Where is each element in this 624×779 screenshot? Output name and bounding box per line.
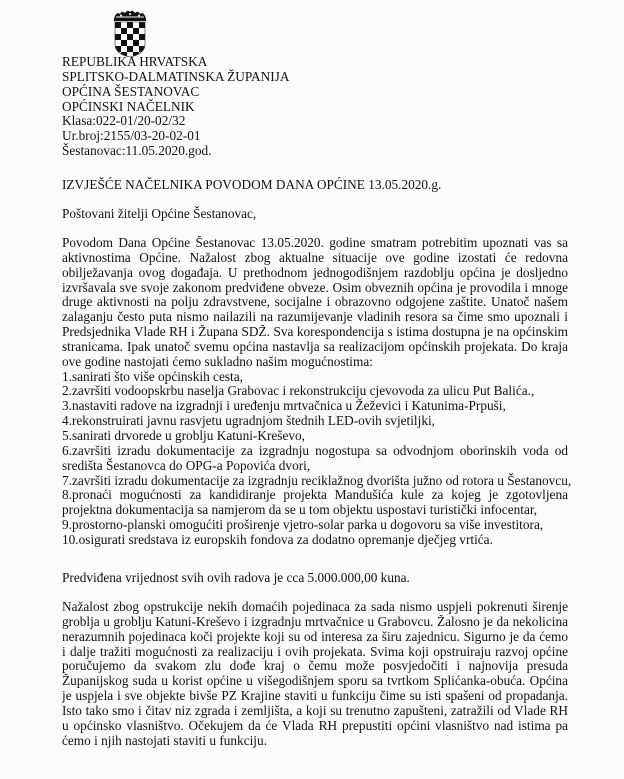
paragraph-line: Povodom Dana Općine Šestanovac 13.05.202… [62,236,568,251]
project-list-item: 9.prostorno-planski omogućiti proširenje… [62,518,568,533]
paragraph-line: Isto tako smo i čitav niz zgrada i zemlj… [62,704,568,719]
croatian-coat-of-arms-icon [112,8,148,58]
paragraph-obstruction: Nažalost zbog opstrukcije nekih domaćih … [62,600,568,748]
project-list-item: 1.sanirati što više općinskih cesta, [62,370,568,385]
letterhead-line: OPĆINSKI NAČELNIK [62,100,568,115]
estimate-paragraph: Predviđena vrijednost svih ovih radova j… [62,571,568,586]
letterhead: REPUBLIKA HRVATSKASPLITSKO-DALMATINSKA Ž… [62,55,568,159]
project-list-item: 7.završiti izradu dokumentacije za izgra… [62,474,568,489]
paragraph-line: druge aktivnosti na polju zdravstvene, s… [62,295,568,310]
paragraph-line: aktivnostima Općine. Nažalost zbog aktua… [62,251,568,266]
letterhead-line: REPUBLIKA HRVATSKA [62,55,568,70]
paragraph-line: obilježavanja ovog događaja. U prethodno… [62,266,568,281]
paragraph-line: u općinsko vlasništvo. Očekujem da će Vl… [62,719,568,734]
paragraph-line: groblja u groblju Katuni-Kreševo i izgra… [62,615,568,630]
project-list-item: 2.završiti vodoopskrbu naselja Grabovac … [62,384,568,399]
paragraph-line: poručujemo da svakom zlu dođe kraj o čem… [62,659,568,674]
letterhead-line: Šestanovac:11.05.2020.god. [62,144,568,159]
paragraph-line: Županijskog suda u korist općine u višeg… [62,674,568,689]
project-list-item: 3.nastaviti radove na izgradnji i uređen… [62,399,568,414]
paragraph-line: ove godine nastojati ćemo sukladno našim… [62,355,568,370]
paragraph-line: je uspjela i sve objekte bivše PZ Krajin… [62,689,568,704]
letterhead-line: SPLITSKO-DALMATINSKA ŽUPANIJA [62,70,568,85]
paragraph-line: stranicama. Ipak unatoč svemu općina nas… [62,340,568,355]
document-title: IZVJEŠĆE NAČELNIKA POVODOM DANA OPĆINE 1… [62,178,568,193]
project-list-item: 6.završiti izradu dokumentacije za izgra… [62,444,568,459]
paragraph-line: nerazumnih pojedinaca koči projekte koji… [62,630,568,645]
project-list-item: središta Šestanovca do OPG-a Popovića dv… [62,459,568,474]
paragraph-line: izvršavala sve svoje zakonom predviđene … [62,281,568,296]
paragraph-line: i dalje tražiti mogućnosti za realizacij… [62,645,568,660]
paragraph-intro: Povodom Dana Općine Šestanovac 13.05.202… [62,236,568,548]
letterhead-line: Klasa:022-01/20-02/32 [62,114,568,129]
paragraph-line: zalaganju često puta nismo nailazili na … [62,310,568,325]
letterhead-line: Ur.broj:2155/03-20-02-01 [62,129,568,144]
project-list-item: 5.sanirati drvorede u groblju Katuni-Kre… [62,429,568,444]
paragraph-line: ćemo i njih nastojati staviti u funkciju… [62,734,568,749]
project-list-item: 10.osigurati sredstava iz europskih fond… [62,533,568,548]
title-text: IZVJEŠĆE NAČELNIKA POVODOM DANA OPĆINE 1… [62,178,568,193]
greeting-text: Poštovani žitelji Općine Šestanovac, [62,207,568,222]
paragraph-line: Predsjednika Vlade RH i Župana SDŽ. Sva … [62,325,568,340]
project-list-item: 8.pronaći mogućnosti za kandidiranje pro… [62,488,568,503]
project-list-item: projektna dokumentacija sa namjerom da s… [62,503,568,518]
document-page: REPUBLIKA HRVATSKASPLITSKO-DALMATINSKA Ž… [0,0,624,779]
estimate-text: Predviđena vrijednost svih ovih radova j… [62,571,568,586]
letterhead-line: OPĆINA ŠESTANOVAC [62,85,568,100]
greeting: Poštovani žitelji Općine Šestanovac, [62,207,568,222]
project-list-item: 4.rekonstruirati javnu rasvjetu ugradnjo… [62,414,568,429]
paragraph-line: Nažalost zbog opstrukcije nekih domaćih … [62,600,568,615]
